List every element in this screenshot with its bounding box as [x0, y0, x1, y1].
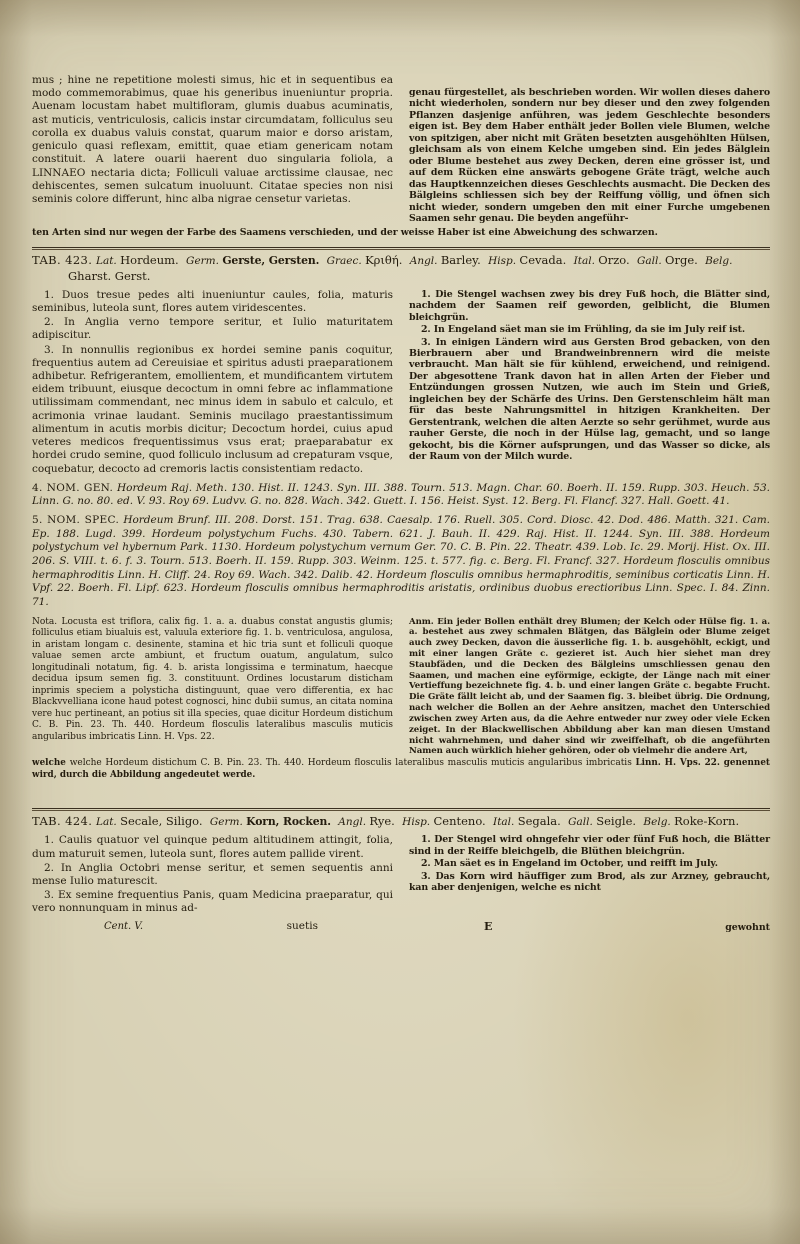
language-abbrev: Lat.	[96, 816, 120, 828]
tab423-german-paragraph-2: 2. In Engeland säet man sie im Frühling,…	[409, 324, 770, 335]
tab424-latin-paragraph-3: 3. Ex semine frequentius Panis, quam Med…	[32, 889, 393, 915]
nom-spec-label: 5. NOM. SPEC.	[32, 514, 119, 526]
tab423-number: TAB. 423.	[32, 253, 92, 267]
intro-fullwidth-line: ten Arten sind nur wegen der Farbe des S…	[32, 227, 770, 238]
plant-name: Centeno.	[433, 814, 485, 828]
tab424-latin-paragraph-2: 2. In Anglia Octobri mense seritur, et s…	[32, 862, 393, 888]
tab423-nota-section: Nota. Locusta est triflora, calix fig. 1…	[32, 617, 770, 758]
tab423-latin-paragraph-1: 1. Duos tresue pedes alti inueniuntur ca…	[32, 289, 393, 315]
tab423-german-paragraph-1: 1. Die Stengel wachsen zwey bis drey Fuß…	[409, 289, 770, 323]
tab424-german-paragraph-3: 3. Das Korn wird häuffiger zum Brod, als…	[409, 871, 770, 894]
language-abbrev: Belg.	[640, 816, 674, 828]
language-abbrev: Graec.	[323, 255, 365, 267]
plant-name: Segala.	[518, 814, 561, 828]
intro-latin-paragraph: mus ; hine ne repetitione molesti simus,…	[32, 74, 393, 206]
plant-name: Rye.	[369, 814, 394, 828]
plant-name: Gerste, Gersten.	[222, 254, 319, 267]
section-rule-top	[32, 247, 770, 250]
tab424-german-column: 1. Der Stengel wird ohngefehr vier oder …	[409, 834, 770, 916]
language-abbrev: Germ.	[207, 816, 247, 828]
language-abbrev: Lat.	[96, 255, 120, 267]
intro-section: mus ; hine ne repetitione molesti simus,…	[32, 74, 770, 225]
language-abbrev: Hisp.	[485, 255, 520, 267]
plant-name: Orge.	[665, 253, 698, 267]
tab424-german-paragraph-1: 1. Der Stengel wird ohngefehr vier oder …	[409, 834, 770, 857]
tab423-nom-spec: 5. NOM. SPEC. Hordeum Brunf. III. 208. D…	[32, 514, 770, 609]
tab423-latin-paragraph-3: 3. In nonnullis regionibus ex hordei sem…	[32, 344, 393, 476]
language-abbrev: Germ.	[183, 255, 223, 267]
tab423-names: Lat. Hordeum. Germ. Gerste, Gersten. Gra…	[68, 253, 732, 283]
plant-name: Seigle.	[596, 814, 636, 828]
nom-gen-label: 4. NOM. GEN.	[32, 482, 113, 494]
nom-gen-citations: Hordeum Raj. Meth. 130. Hist. II. 1243. …	[32, 482, 770, 508]
book-page: mus ; hine ne repetitione molesti simus,…	[0, 0, 800, 1244]
nota-closing-latin: welche Hordeum distichum C. B. Pin. 23. …	[70, 758, 632, 768]
tab424-german-paragraph-2: 2. Man säet es in Engeland im October, u…	[409, 858, 770, 869]
nom-spec-citations: Hordeum Brunf. III. 208. Dorst. 151. Tra…	[32, 514, 770, 608]
footer-right-cell: E gewohnt	[334, 920, 770, 933]
tab423-header: TAB. 423. Lat. Hordeum. Germ. Gerste, Ge…	[32, 253, 770, 284]
plant-name: Orzo.	[598, 253, 629, 267]
signature-mark-right: E	[484, 920, 492, 933]
tab423-german-column: 1. Die Stengel wachsen zwey bis drey Fuß…	[409, 289, 770, 477]
language-abbrev: Ital.	[490, 816, 518, 828]
language-abbrev: Angl.	[335, 816, 369, 828]
language-abbrev: Gall.	[634, 255, 665, 267]
catchword-latin: suetis	[287, 920, 318, 932]
language-abbrev: Belg.	[702, 255, 733, 267]
tab423-latin-column: 1. Duos tresue pedes alti inueniuntur ca…	[32, 289, 393, 477]
section-rule-bottom	[32, 808, 770, 811]
nota-german-column: Anm. Ein jeder Bollen enthält drey Blume…	[409, 617, 770, 758]
tab423-german-paragraph-3: 3. In einigen Ländern wird aus Gersten B…	[409, 337, 770, 463]
plant-name: Gharst. Gerst.	[68, 269, 150, 283]
catchword-german: gewohnt	[725, 922, 770, 933]
plant-name: Barley.	[441, 253, 481, 267]
tab424-names: Lat. Secale, Siligo. Germ. Korn, Rocken.…	[96, 814, 743, 828]
intro-german-paragraph: genau fürgestellet, als beschrieben word…	[409, 87, 770, 225]
tab423-body: 1. Duos tresue pedes alti inueniuntur ca…	[32, 289, 770, 477]
plant-name: Cevada.	[519, 253, 566, 267]
plant-name: Κριθή.	[365, 253, 402, 267]
nota-latin-column: Nota. Locusta est triflora, calix fig. 1…	[32, 617, 393, 758]
language-abbrev: Gall.	[565, 816, 596, 828]
intro-german-column: genau fürgestellet, als beschrieben word…	[409, 87, 770, 225]
plant-name: Korn, Rocken.	[246, 815, 331, 828]
intro-latin-column: mus ; hine ne repetitione molesti simus,…	[32, 74, 393, 225]
nota-closing-line: welche welche Hordeum distichum C. B. Pi…	[32, 758, 770, 781]
tab424-latin-column: 1. Caulis quatuor vel quinque pedum alti…	[32, 834, 393, 916]
language-abbrev: Angl.	[406, 255, 440, 267]
tab424-header: TAB. 424. Lat. Secale, Siligo. Germ. Kor…	[32, 814, 770, 830]
tab423-latin-paragraph-2: 2. In Anglia verno tempore seritur, et I…	[32, 316, 393, 342]
nota-latin-paragraph: Nota. Locusta est triflora, calix fig. 1…	[32, 617, 393, 744]
plant-name: Hordeum.	[120, 253, 179, 267]
signature-mark-left: Cent. V.	[32, 921, 143, 932]
nota-german-paragraph: Anm. Ein jeder Bollen enthält drey Blume…	[409, 617, 770, 758]
language-abbrev: Ital.	[570, 255, 598, 267]
language-abbrev: Hisp.	[399, 816, 434, 828]
plant-name: Roke-Korn.	[674, 814, 739, 828]
plant-name: Secale, Siligo.	[120, 814, 202, 828]
nota-closing-german-lead: welche	[32, 758, 70, 768]
footer-left-cell: Cent. V. suetis	[32, 920, 318, 933]
tab424-number: TAB. 424.	[32, 814, 92, 828]
tab424-body: 1. Caulis quatuor vel quinque pedum alti…	[32, 834, 770, 916]
tab423-nom-gen: 4. NOM. GEN. Hordeum Raj. Meth. 130. His…	[32, 482, 770, 509]
page-footer: Cent. V. suetis E gewohnt	[32, 920, 770, 933]
tab424-latin-paragraph-1: 1. Caulis quatuor vel quinque pedum alti…	[32, 834, 393, 860]
